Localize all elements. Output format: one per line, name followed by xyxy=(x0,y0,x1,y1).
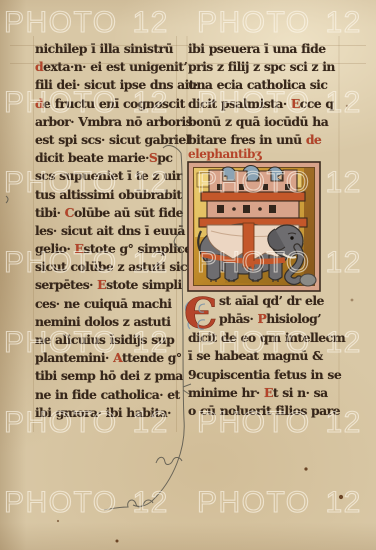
watermark-text: PHOTO 12 xyxy=(4,6,169,40)
text-line: 9cupiscentia fetus in se xyxy=(188,366,340,384)
text-line: de fructu enī cognoscit xyxy=(35,95,179,113)
text-line: ibi gmora· ibi habita· xyxy=(35,404,179,422)
left-text-column: nichilep ī illa sinistrūdexta·n· ei est … xyxy=(35,40,179,422)
text-line: tus altissimi obūbrabit xyxy=(35,186,179,204)
text-line: plantemini· Attende g° xyxy=(35,349,179,367)
text-line: serpētes· Estote simpli xyxy=(35,276,179,294)
text-line: una ecia catholica sic xyxy=(188,76,340,94)
watermark-text: PHOTO 12 xyxy=(197,486,362,520)
text-line: tibi semp hō dei z pma xyxy=(35,367,179,385)
text-line: bonū z quā iocūdū ha xyxy=(188,113,340,131)
text-line: nichilep ī illa sinistrū xyxy=(35,40,179,58)
text-line: tibi· Colūbe aū sūt fide xyxy=(35,204,179,222)
text-line: dexta·n· ei est unigenit’ xyxy=(35,58,179,76)
text-line: est spi scs· sicut gabriel xyxy=(35,131,179,149)
text-line: dicit psalmista· Ecce q xyxy=(188,95,340,113)
text-line: st aīal qd’ dr ele xyxy=(219,292,340,310)
elephant xyxy=(198,223,316,286)
text-line: pris z filij z spc sci z in xyxy=(188,58,340,76)
text-line: ī se habeat magnū & xyxy=(188,347,340,365)
elephant-miniature xyxy=(187,161,321,292)
text-line: les· sicut ait dns ī euuā xyxy=(35,222,179,240)
manuscript-page: nichilep ī illa sinistrūdexta·n· ei est … xyxy=(0,0,376,550)
text-line: fili dei· sicut ipse dns ait· xyxy=(35,76,179,94)
text-line: o cū noluerit filios pare xyxy=(188,402,340,420)
text-line: ces· ne cuiquā machi xyxy=(35,295,179,313)
text-line: gelio· Estote g° simplices xyxy=(35,240,179,258)
text-line: arbor· Vmbra nō arboris xyxy=(35,113,179,131)
text-line: minime hr· Et si n· sa xyxy=(188,384,340,402)
girth-strap xyxy=(243,223,254,267)
rubric-de-elephantibus: elephantibʒ xyxy=(188,146,261,162)
watermark-text: PHOTO 12 xyxy=(4,486,169,520)
text-line: scs supueniet ī te z uir xyxy=(35,167,179,185)
text-line: nemini dolos z astuti xyxy=(35,313,179,331)
text-line: sicut colūbe z astuti sic xyxy=(35,258,179,276)
stone xyxy=(300,274,316,286)
text-line: ne in fide catholica· et xyxy=(35,386,179,404)
text-line: phās· Phisiolog’ xyxy=(219,310,340,328)
right-text-column-upper: ibi pseuera ī una fidepris z filij z spc… xyxy=(188,40,340,149)
elephant-eye xyxy=(290,236,293,239)
text-line: dicit de eo qm intellecm xyxy=(188,329,340,347)
text-line: dicit beate marie·Spc xyxy=(35,149,179,167)
text-line: ne alicuius īsidijs sup xyxy=(35,331,179,349)
right-text-column-lower: st aīal qd’ dr elephās· Phisiolog’dicit … xyxy=(188,292,340,421)
text-line: ibi pseuera ī una fide xyxy=(188,40,340,58)
soldier-heads xyxy=(220,166,283,184)
watermark-text: PHOTO 12 xyxy=(197,6,362,40)
